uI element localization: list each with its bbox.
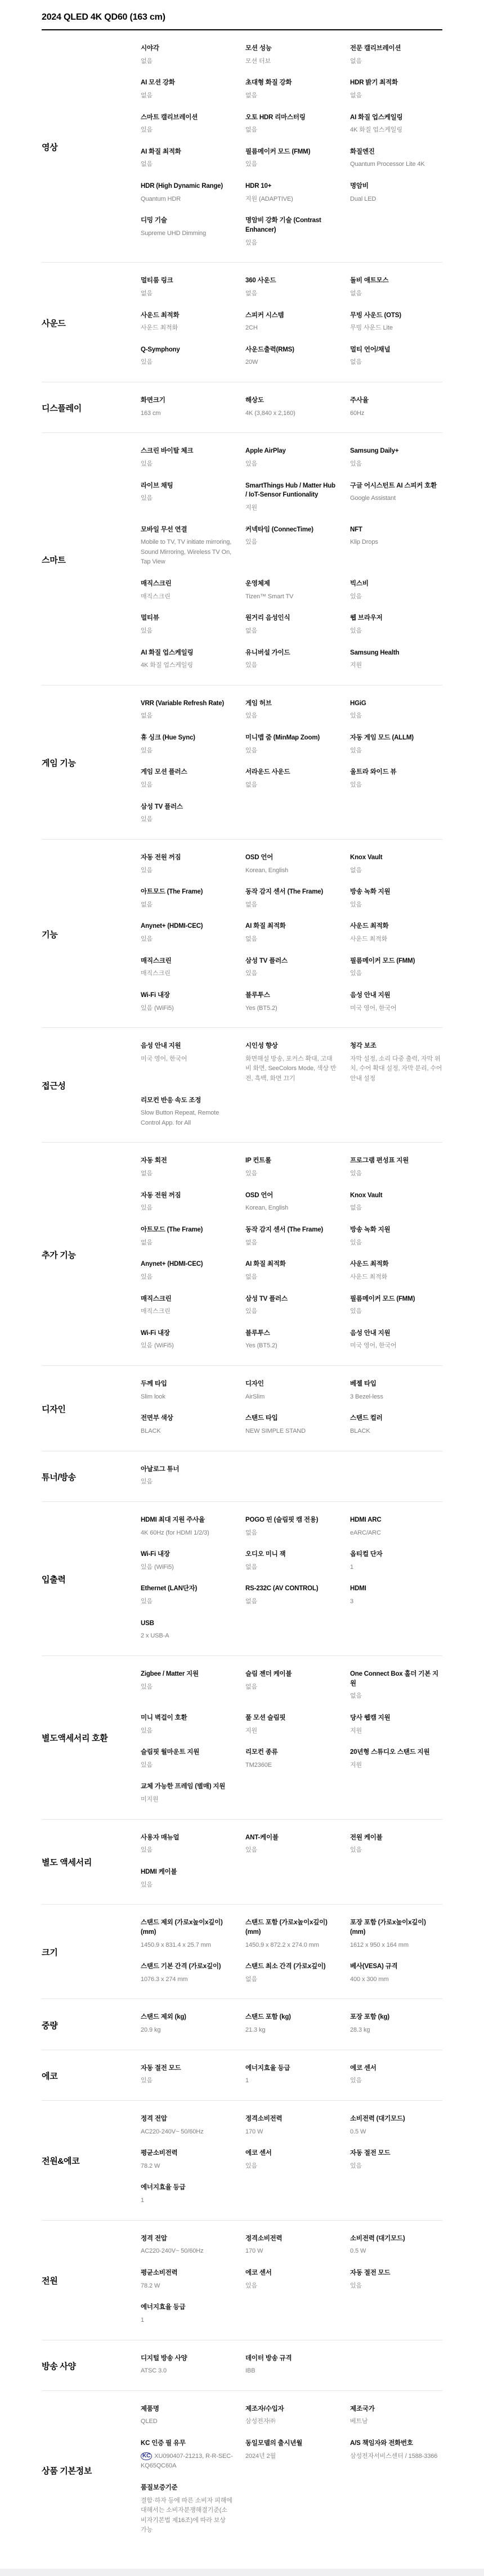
spec-item-value: 있음 (WiFi5) [141,1004,233,1014]
spec-section: 추가 기능 자동 회전 없음 IP 컨트롤 있음 프로그램 편성표 지원 있음 … [42,1143,442,1366]
spec-item-value: 없음 [350,1203,442,1213]
spec-item-label: Wi-Fi 내장 [141,1550,233,1559]
spec-item: 에너지효율 등급 1 [141,2303,233,2325]
spec-item: 무빙 사운드 (OTS) 무빙 사운드 Lite [350,311,442,333]
spec-item-label: 매직스크린 [141,1294,233,1304]
spec-item-label: 시야각 [141,44,233,53]
section-label: 방송 사양 [42,2360,141,2382]
spec-item: 사운드 최적화 사운드 최적화 [350,1260,442,1282]
section-grid: 자동 회전 없음 IP 컨트롤 있음 프로그램 편성표 지원 있음 자동 전원 … [141,1156,442,1363]
spec-item: 울트라 와이드 뷰 있음 [350,768,442,790]
spec-item-value: 없음 [245,1597,338,1607]
spec-item-value: 없음 [245,1528,338,1539]
spec-item-value: 있음 [245,459,338,470]
spec-item-value: 있음 [141,1682,233,1693]
spec-item: 방송 녹화 지원 있음 [350,887,442,910]
section-label: 전원&에코 [42,2155,141,2177]
section-grid: Zigbee / Matter 지원 있음 슬림 젠더 케이블 없음 One C… [141,1670,442,1817]
spec-item: 정격소비전력 170 W [245,2114,338,2137]
spec-item-value: 지원 [245,503,338,513]
spec-item: 베젤 타입 3 Bezel-less [350,1379,442,1402]
spec-item: 소비전력 (대기모드) 0.5 W [350,2114,442,2137]
spec-item-value: 0.5 W [350,2127,442,2137]
spec-item-label: 정격 전압 [141,2234,233,2244]
spec-item-value: 1 [141,2316,233,2326]
spec-item-value: 20.9 kg [141,2025,233,2036]
spec-item-value: QLED [141,2417,233,2427]
spec-item-value: 없음 [141,57,233,67]
spec-section: 게임 기능 VRR (Variable Refresh Rate) 없음 게임 … [42,685,442,840]
spec-item-label: ANT-케이블 [245,1833,338,1843]
spec-item-label: 스탠드 포함 (가로x높이x깊이) (mm) [245,1918,338,1937]
spec-item: 슬림 젠더 케이블 없음 [245,1670,338,1702]
spec-item-value: 있음 [350,1238,442,1248]
spec-item-value: 400 x 300 mm [350,1975,442,1985]
spec-item-value: 사운드 최적화 [350,935,442,945]
spec-item: 디자인 AirSlim [245,1379,338,1402]
spec-item: 슬림핏 월마운트 지원 있음 [141,1748,233,1770]
spec-item-value: 없음 [141,711,233,721]
spec-item-value: 미국 영어, 한국어 [350,1004,442,1014]
spec-item-value: 있음 [245,661,338,671]
spec-item: 멀티뷰 있음 [141,613,233,636]
spec-item-value: 미지원 [141,1795,233,1805]
spec-section: 에코 자동 절전 모드 있음 에너지효율 등급 1 에코 센서 있음 [42,2050,442,2101]
spec-item-value: 4K 화질 업스케일링 [350,125,442,136]
spec-item-label: POGO 핀 (슬림핏 캠 전용) [245,1515,338,1525]
spec-item: RS-232C (AV CONTROL) 없음 [245,1584,338,1607]
spec-item-label: Samsung Daily+ [350,446,442,456]
section-grid: 아날로그 튜너 있음 [141,1465,442,1499]
spec-item: 명암비 강화 기술 (Contrast Enhancer) 있음 [245,216,338,248]
spec-item-label: One Connect Box 홀더 기본 지원 [350,1670,442,1688]
spec-item: 포장 포함 (가로x높이x깊이) (mm) 1612 x 950 x 164 m… [350,1918,442,1950]
section-label: 전원 [42,2275,141,2297]
section-grid: 정격 전압 AC220-240V~ 50/60Hz 정격소비전력 170 W 소… [141,2114,442,2218]
spec-item-label: 필름메이커 모드 (FMM) [350,957,442,966]
spec-item-label: 스탠드 타입 [245,1414,338,1423]
spec-item: 에너지효율 등급 1 [141,2183,233,2205]
spec-item: 전면부 색상 BLACK [141,1414,233,1436]
section-label: 디자인 [42,1403,141,1425]
spec-item: 스탠드 제외 (가로x높이x깊이)(mm) 1450.9 x 831.4 x 2… [141,1918,233,1950]
section-label: 크기 [42,1946,141,1968]
spec-item: 스피커 시스템 2CH [245,311,338,333]
spec-item-label: 매직스크린 [141,957,233,966]
spec-item-label: Apple AirPlay [245,446,338,456]
spec-item-value: Klip Drops [350,538,442,548]
section-grid: 사용자 매뉴얼 있음 ANT-케이블 있음 전원 케이블 있음 HDMI 케이블… [141,1833,442,1902]
spec-item-value: 없음 [245,1682,338,1693]
spec-item-value: 163 cm [141,409,233,419]
spec-item: 운영체제 Tizen™ Smart TV [245,579,338,602]
spec-item-value: 170 W [245,2246,338,2257]
spec-item-value: Korean, English [245,866,338,876]
spec-item-value: 있음 [245,1169,338,1179]
spec-item-value: 베트남 [350,2417,442,2427]
spec-item-value: 없음 [245,91,338,101]
spec-item-value: 있음 [350,459,442,470]
spec-item-label: 자동 전원 꺼짐 [141,1191,233,1201]
spec-item-label: 정격소비전력 [245,2114,338,2124]
spec-item-value: 1 [350,1563,442,1573]
section-label: 별도액세서리 호환 [42,1732,141,1754]
spec-item-value: 있음 [141,1203,233,1213]
spec-item: SmartThings Hub / Matter Hub / IoT-Senso… [245,481,338,513]
spec-item: Samsung Daily+ 있음 [350,446,442,469]
spec-item-label: Ethernet (LAN단자) [141,1584,233,1594]
spec-item-value: 2 x USB-A [141,1631,233,1641]
spec-item: AI 화질 최적화 없음 [141,147,233,170]
spec-item-label: 블루투스 [245,991,338,1000]
spec-item-label: 오토 HDR 리마스터링 [245,113,338,123]
spec-sections: 영상 시야각 없음 모션 성능 모션 터보 전문 캘리브레이션 없음 AI 모션… [42,30,442,2550]
spec-item: 해상도 4K (3,840 x 2,160) [245,396,338,418]
spec-item-label: 20년형 스튜디오 스탠드 지원 [350,1748,442,1757]
spec-item-value: eARC/ARC [350,1528,442,1539]
section-label: 입출력 [42,1573,141,1595]
spec-item-value: 있음 [245,238,338,249]
spec-item: 초대형 화질 강화 없음 [245,78,338,101]
spec-item-label: 전문 캘리브레이션 [350,44,442,53]
spec-item: Knox Vault 없음 [350,853,442,876]
spec-item: 당사 웹캠 지원 지원 [350,1713,442,1736]
spec-item-label: 사운드 최적화 [350,922,442,931]
spec-item-label: 구글 어시스턴트 AI 스피커 호환 [350,481,442,491]
spec-item-label: 시인성 향상 [245,1041,338,1051]
spec-item-label: 자동 전원 꺼짐 [141,853,233,863]
spec-item: One Connect Box 홀더 기본 지원 없음 [350,1670,442,1702]
spec-item: 에코 센서 있음 [245,2149,338,2171]
spec-item-label: 커넥타임 (ConnecTime) [245,525,338,535]
spec-item-label: 에너지효율 등급 [141,2303,233,2312]
spec-item-label: KC 인증 필 유무 [141,2439,233,2448]
spec-item-label: 스탠드 제외 (가로x높이x깊이)(mm) [141,1918,233,1937]
spec-item-value: 있음 [350,2076,442,2086]
spec-item-value: 지원 (ADAPTIVE) [245,195,338,205]
spec-item: 블루투스 Yes (BT5.2) [245,991,338,1013]
spec-item-label: 정격소비전력 [245,2234,338,2244]
section-label: 추가 기능 [42,1249,141,1271]
spec-item-label: 스크린 바이탈 체크 [141,446,233,456]
spec-item: 베사(VESA) 규격 400 x 300 mm [350,1962,442,1984]
spec-item-label: 멀티뷰 [141,613,233,623]
spec-item-label: 방송 녹화 지원 [350,1225,442,1235]
spec-item-label: 빅스비 [350,579,442,589]
spec-item: 자동 게임 모드 (ALLM) 있음 [350,733,442,756]
spec-item-label: 제조국가 [350,2404,442,2414]
spec-item-label: 에코 센서 [350,2064,442,2073]
spec-item: 동작 감지 센서 (The Frame) 없음 [245,1225,338,1248]
spec-item-value: 있음 [245,2162,338,2172]
spec-item-value: AirSlim [245,1392,338,1402]
spec-item-value: 사운드 최적화 [350,1273,442,1283]
spec-item-value: 4K 60Hz (for HDMI 1/2/3) [141,1528,233,1539]
spec-item-value: 없음 [245,1273,338,1283]
spec-item: 필름메이커 모드 (FMM) 있음 [245,147,338,170]
spec-item-label: OSD 언어 [245,853,338,863]
spec-item-value: 없음 [350,91,442,101]
spec-item-label: 사용자 매뉴얼 [141,1833,233,1843]
spec-item-value: 없음 [245,781,338,791]
spec-item-label: 원거리 음성인식 [245,613,338,623]
spec-item: AI 화질 업스케일링 4K 화질 업스케일링 [350,113,442,136]
spec-item-label: HDMI 최대 지원 주사율 [141,1515,233,1525]
section-label: 사운드 [42,317,141,339]
spec-item-value: 있음 [141,494,233,504]
spec-item: 디밍 기술 Supreme UHD Dimming [141,216,233,248]
spec-item: Zigbee / Matter 지원 있음 [141,1670,233,1702]
spec-item: HDR (High Dynamic Range) Quantum HDR [141,182,233,204]
spec-item-value: 매직스크린 [141,1307,233,1317]
spec-item-value: ATSC 3.0 [141,2366,233,2376]
spec-item: 자동 전원 꺼짐 있음 [141,1191,233,1213]
spec-item-label: 슬림핏 월마운트 지원 [141,1748,233,1757]
spec-item-value: Korean, English [245,1203,338,1213]
spec-item-value: 없음 [350,57,442,67]
spec-content: 2024 QLED 4K QD60 (163 cm) 영상 시야각 없음 모션 … [0,0,484,2569]
spec-item-value: BLACK [141,1427,233,1437]
spec-item-value: 있음 [141,866,233,876]
spec-item-value: 없음 [245,289,338,299]
spec-item-value: 있음 [245,2281,338,2291]
spec-section: 접근성 음성 안내 지원 미국 영어, 한국어 시인성 향상 화면해설 방송, … [42,1028,442,1143]
spec-item-label: 제품명 [141,2404,233,2414]
section-grid: 스탠드 제외 (가로x높이x깊이)(mm) 1450.9 x 831.4 x 2… [141,1918,442,1996]
spec-item-value: 2CH [245,323,338,333]
spec-item: AI 화질 최적화 없음 [245,1260,338,1282]
spec-item-label: 음성 안내 지원 [350,991,442,1000]
spec-item: Wi-Fi 내장 있음 (WiFi5) [141,991,233,1013]
spec-item-value: 화면해설 방송, 포커스 확대, 고대비 화면, SeeColors Mode,… [245,1054,338,1084]
spec-item-label: 아트모드 (The Frame) [141,887,233,897]
spec-item: 명암비 Dual LED [350,182,442,204]
spec-item-value: KCXU090407-21213, R-R-SEC-KQ65QC60A [141,2452,233,2471]
spec-item: 시야각 없음 [141,44,233,66]
spec-item-label: HDMI ARC [350,1515,442,1525]
spec-item-label: 삼성 TV 플러스 [245,957,338,966]
spec-item: HDMI 3 [350,1584,442,1607]
spec-item: 평균소비전력 78.2 W [141,2268,233,2291]
section-grid: 스크린 바이탈 체크 있음 Apple AirPlay 있음 Samsung D… [141,446,442,682]
spec-item: 삼성 TV 플러스 있음 [245,1294,338,1317]
spec-item: Ethernet (LAN단자) 있음 [141,1584,233,1607]
spec-item: 스탠드 기본 간격 (가로x깊이) 1076.3 x 274 mm [141,1962,233,1984]
spec-item-label: 무빙 사운드 (OTS) [350,311,442,321]
spec-item: IP 컨트롤 있음 [245,1156,338,1179]
spec-item-value: 매직스크린 [141,969,233,979]
spec-item-value: 4K 화질 업스케일링 [141,661,233,671]
spec-item: 풀 모션 슬림핏 지원 [245,1713,338,1736]
spec-item-value: 결함·하자 등에 따른 소비자 피해에 대해서는 소비자분쟁해결기준(소비자기본… [141,2496,233,2536]
spec-item-label: 서라운드 사운드 [245,768,338,777]
spec-item-label: 사운드출력(RMS) [245,345,338,355]
spec-item-label: AI 화질 최적화 [245,1260,338,1269]
spec-item-label: 자동 절전 모드 [350,2268,442,2278]
spec-item: Q-Symphony 있음 [141,345,233,368]
spec-item-value: 78.2 W [141,2281,233,2291]
spec-item-value: 모션 터보 [245,57,338,67]
spec-item: 방송 녹화 지원 있음 [350,1225,442,1248]
spec-item-value: 있음 [350,626,442,637]
spec-item: 필름메이커 모드 (FMM) 있음 [350,957,442,979]
spec-section: 크기 스탠드 제외 (가로x높이x깊이)(mm) 1450.9 x 831.4 … [42,1905,442,1999]
spec-item: 미니 벽걸이 호환 있음 [141,1713,233,1736]
spec-item: AI 화질 최적화 없음 [245,922,338,944]
spec-item-label: VRR (Variable Refresh Rate) [141,699,233,709]
spec-item: 사운드출력(RMS) 20W [245,345,338,368]
spec-item: HDR 10+ 지원 (ADAPTIVE) [245,182,338,204]
spec-item: 돌비 애트모스 없음 [350,276,442,299]
spec-item-label: 울트라 와이드 뷰 [350,768,442,777]
spec-item-label: 명암비 [350,182,442,191]
spec-item-value: 4K (3,840 x 2,160) [245,409,338,419]
spec-item: 스탠드 타입 NEW SIMPLE STAND [245,1414,338,1436]
spec-item-label: 제조자/수입자 [245,2404,338,2414]
spec-item-label: 디지털 방송 사양 [141,2354,233,2363]
spec-item-label: Q-Symphony [141,345,233,355]
spec-section: 전원&에코 정격 전압 AC220-240V~ 50/60Hz 정격소비전력 1… [42,2101,442,2221]
spec-item-label: 화질엔진 [350,147,442,157]
spec-item: POGO 핀 (슬림핏 캠 전용) 없음 [245,1515,338,1538]
spec-item-label: 명암비 강화 기술 (Contrast Enhancer) [245,216,338,234]
spec-item-value: 있음 (WiFi5) [141,1563,233,1573]
spec-item: 모바일 무선 연결 Mobile to TV, TV initiate mirr… [141,525,233,567]
spec-item: 화질엔진 Quantum Processor Lite 4K [350,147,442,170]
spec-item: 자동 회전 없음 [141,1156,233,1179]
spec-item: 스탠드 포함 (가로x높이x깊이) (mm) 1450.9 x 872.2 x … [245,1918,338,1950]
spec-item-label: RS-232C (AV CONTROL) [245,1584,338,1594]
spec-item-label: AI 화질 업스케일링 [350,113,442,123]
spec-item: OSD 언어 Korean, English [245,853,338,876]
spec-item-label: 사운드 최적화 [350,1260,442,1269]
spec-item-value: Slim look [141,1392,233,1402]
spec-item-value: 있음 [245,538,338,548]
spec-item-value: 없음 [245,1238,338,1248]
spec-item-value: 없음 [141,160,233,170]
spec-item-value: 무빙 사운드 Lite [350,323,442,333]
spec-item-value: 없음 [245,935,338,945]
spec-item-value: 없음 [141,1169,233,1179]
spec-item-value: 있음 [141,1761,233,1771]
spec-item-label: 에코 센서 [245,2268,338,2278]
spec-item-value: 있음 [350,2281,442,2291]
section-grid: 자동 전원 꺼짐 있음 OSD 언어 Korean, English Knox … [141,853,442,1025]
footer-bar [0,2569,484,2576]
spec-item: 사운드 최적화 사운드 최적화 [141,311,233,333]
spec-item: ANT-케이블 있음 [245,1833,338,1856]
spec-item-label: 멀티 언어/채널 [350,345,442,355]
spec-item: Apple AirPlay 있음 [245,446,338,469]
spec-item: 동일모델의 출시년월 2024년 2월 [245,2439,338,2471]
spec-item: 유니버설 가이드 있음 [245,648,338,671]
spec-item-value: 없음 [245,1563,338,1573]
spec-item-value: 21.3 kg [245,2025,338,2036]
spec-section: 입출력 HDMI 최대 지원 주사율 4K 60Hz (for HDMI 1/2… [42,1502,442,1656]
spec-item-label: 라이브 채팅 [141,481,233,491]
spec-item-value: 170 W [245,2127,338,2137]
spec-item: 삼성 TV 플러스 있음 [141,802,233,825]
spec-item-label: 자동 회전 [141,1156,233,1166]
spec-item: 스크린 바이탈 체크 있음 [141,446,233,469]
spec-item: KC 인증 필 유무 KCXU090407-21213, R-R-SEC-KQ6… [141,2439,233,2471]
spec-item: NFT Klip Drops [350,525,442,567]
spec-item: 오디오 미니 잭 없음 [245,1550,338,1572]
spec-item-value: Dual LED [350,195,442,205]
spec-item-value: Supreme UHD Dimming [141,229,233,239]
spec-item: 매직스크린 매직스크린 [141,1294,233,1317]
spec-item-value: 있음 [141,935,233,945]
spec-item: AI 모션 강화 없음 [141,78,233,101]
spec-item-value: NEW SIMPLE STAND [245,1427,338,1437]
spec-item: 스탠드 포함 (kg) 21.3 kg [245,2013,338,2035]
spec-item: HGiG 있음 [350,699,442,721]
spec-item: 주사율 60Hz [350,396,442,418]
spec-item-label: 휴 싱크 (Hue Sync) [141,733,233,743]
spec-item-value: 미국 영어, 한국어 [350,1341,442,1351]
spec-item-value: 없음 [141,1238,233,1248]
spec-item-label: 해상도 [245,396,338,405]
spec-item: 매직스크린 매직스크린 [141,957,233,979]
spec-item-label: 미니 벽걸이 호환 [141,1713,233,1723]
spec-item: 삼성 TV 플러스 있음 [245,957,338,979]
spec-item-label: Wi-Fi 내장 [141,1329,233,1338]
spec-item-label: 정격 전압 [141,2114,233,2124]
spec-item-label: 오디오 미니 잭 [245,1550,338,1559]
spec-item: 자동 전원 꺼짐 있음 [141,853,233,876]
section-label: 게임 기능 [42,757,141,779]
spec-item-label: HDMI [350,1584,442,1594]
section-grid: VRR (Variable Refresh Rate) 없음 게임 허브 있음 … [141,699,442,837]
spec-item-label: 에코 센서 [245,2149,338,2158]
spec-item-label: 에너지효율 등급 [141,2183,233,2192]
section-grid: 자동 절전 모드 있음 에너지효율 등급 1 에코 센서 있음 [141,2064,442,2098]
spec-item-label: 스탠드 포함 (kg) [245,2013,338,2022]
spec-item: 전원 케이블 있음 [350,1833,442,1856]
spec-item-value: 있음 [350,1169,442,1179]
spec-item-value: 없음 [141,900,233,910]
spec-item: 구글 어시스턴트 AI 스피커 호환 Google Assistant [350,481,442,513]
spec-item-value: 있음 [350,2162,442,2172]
spec-item-value: 지원 [350,1726,442,1736]
spec-item-value: 1612 x 950 x 164 mm [350,1941,442,1951]
spec-item-value: IBB [245,2366,338,2376]
spec-section: 상품 기본정보 제품명 QLED 제조자/수입자 삼성전자㈜ 제조국가 베트남 … [42,2391,442,2550]
spec-item-label: 스마트 캘리브레이션 [141,113,233,123]
spec-item-label: 베젤 타입 [350,1379,442,1389]
spec-item-value: 있음 [350,1307,442,1317]
spec-item: 디지털 방송 사양 ATSC 3.0 [141,2354,233,2376]
spec-item-value: 있음 [245,969,338,979]
spec-item: 자동 절전 모드 있음 [350,2268,442,2291]
spec-item-label: Samsung Health [350,648,442,658]
spec-item: Anynet+ (HDMI-CEC) 있음 [141,922,233,944]
spec-item-value: 있음 [245,746,338,756]
spec-item-label: HDR 10+ [245,182,338,191]
spec-item-value: 있음 [350,746,442,756]
spec-item: 오토 HDR 리마스터링 없음 [245,113,338,136]
spec-item-label: Zigbee / Matter 지원 [141,1670,233,1679]
spec-item-label: 필름메이커 모드 (FMM) [245,147,338,157]
spec-item-value: Yes (BT5.2) [245,1341,338,1351]
section-grid: 스탠드 제외 (kg) 20.9 kg 스탠드 포함 (kg) 21.3 kg … [141,2013,442,2047]
spec-item-label: AI 화질 최적화 [245,922,338,931]
spec-item-label: 포장 포함 (kg) [350,2013,442,2022]
spec-item-label: HDMI 케이블 [141,1867,233,1877]
spec-item-value: 자막 설정, 소리 다중 출력, 자막 위치, 수어 확대 설정, 자막 분리,… [350,1054,442,1084]
spec-item-value: 없음 [245,1975,338,1985]
spec-item: 교체 가능한 프레임 (별매) 지원 미지원 [141,1782,233,1804]
